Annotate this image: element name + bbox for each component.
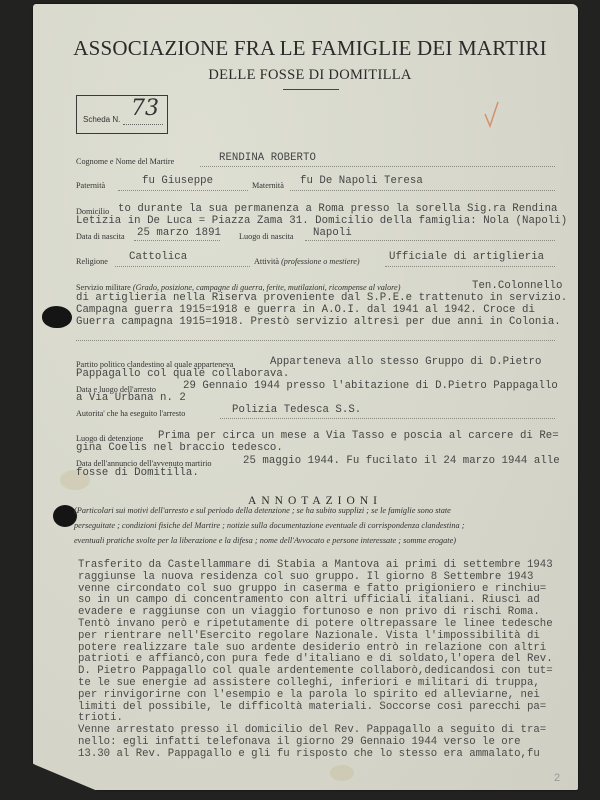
military-service-value-4: Guerra campagna 1915=1918. Prestò serviz… <box>76 316 561 328</box>
page-number: 2 <box>554 772 560 784</box>
detention-value-2: gina Coelis nel braccio tedesco. <box>76 442 283 454</box>
body-line: per rientrare nell'Esercito regolare Naz… <box>78 631 553 643</box>
fill-line <box>305 240 555 241</box>
announcement-value-1: 25 maggio 1944. Fu fucilato il 24 marzo … <box>243 455 560 467</box>
religion-value: Cattolica <box>129 251 187 263</box>
fill-line <box>115 266 250 267</box>
military-service-value-2: di artiglieria nella Riserva proveniente… <box>76 292 567 304</box>
body-line: Tentò invano però e ripetutamente di pot… <box>78 619 553 631</box>
association-subtitle: DELLE FOSSE DI DOMITILLA <box>60 67 560 84</box>
domicile-value-2: Letizia in De Luca = Piazza Zama 31. Dom… <box>76 215 567 227</box>
fill-line <box>290 190 555 191</box>
fill-line <box>76 340 555 341</box>
fill-line <box>220 418 555 419</box>
body-line: raggiunse la nuova residenza col suo gru… <box>78 572 553 584</box>
military-service-label: Servizio militare (Grado, posizione, cam… <box>76 283 400 292</box>
military-service-value-3: Campagna guerra 1915=1918 e guerra in A.… <box>76 304 535 316</box>
maternity-label: Maternità <box>252 181 284 190</box>
fill-line <box>118 190 248 191</box>
punch-hole <box>42 306 72 328</box>
arrest-value-2: a Via Urbana n. 2 <box>76 392 186 404</box>
domicile-value-1: to durante la sua permanenza a Roma pres… <box>118 203 558 215</box>
birth-date-label: Data di nascita <box>76 232 125 241</box>
name-label: Cognome e Nome del Martire <box>76 157 174 166</box>
body-line: nello: egli infatti telefonava il giorno… <box>78 737 553 749</box>
fill-line <box>385 266 555 267</box>
religion-label: Religione <box>76 257 108 266</box>
activity-value: Ufficiale di artiglieria <box>389 251 544 263</box>
body-line: 13.30 al Rev. Pappagallo e gli fu rispos… <box>78 749 553 761</box>
scheda-box: Scheda N. 73 <box>76 95 168 134</box>
arrest-value-1: 29 Gennaio 1944 presso l'abitazione di D… <box>183 380 558 392</box>
fill-line <box>200 166 555 167</box>
body-line: limiti del possibile, le difficoltà mate… <box>78 702 553 714</box>
authority-value: Polizia Tedesca S.S. <box>232 404 361 416</box>
military-service-value-1: Ten.Colonnello <box>472 280 563 292</box>
association-title: ASSOCIAZIONE FRA LE FAMIGLIE DEI MARTIRI <box>60 36 560 61</box>
body-line: per rinvigorirne con l'esempio e la paro… <box>78 690 553 702</box>
paternity-value: fu Giuseppe <box>142 175 213 187</box>
body-line: te le sue energie ad assistere colleghi,… <box>78 678 553 690</box>
scheda-number: 73 <box>131 96 159 121</box>
martyr-name: RENDINA ROBERTO <box>219 152 316 164</box>
annotations-note-2: perseguitate ; condizioni fisiche del Ma… <box>74 521 465 530</box>
annotations-note-3: eventuali pratiche svolte per la liberaz… <box>74 536 456 545</box>
activity-label: Attività (professione o mestiere) <box>254 257 360 266</box>
maternity-value: fu De Napoli Teresa <box>300 175 423 187</box>
birth-place-value: Napoli <box>313 227 352 239</box>
scheda-label: Scheda N. <box>83 115 120 124</box>
stain <box>330 765 354 781</box>
fill-line <box>134 240 220 241</box>
annotations-body: Trasferito da Castellammare di Stabia a … <box>78 560 553 761</box>
scheda-line <box>123 124 163 125</box>
annotations-note-1: (Particolari sui motivi dell'arresto e s… <box>74 506 451 515</box>
authority-label: Autorita' che ha eseguito l'arresto <box>76 409 185 418</box>
birth-date-value: 25 marzo 1891 <box>137 227 221 239</box>
announcement-value-2: fosse di Domitilla. <box>76 467 199 479</box>
title-divider <box>283 89 339 90</box>
paternity-label: Paternità <box>76 181 105 190</box>
detention-value-1: Prima per circa un mese a Via Tasso e po… <box>158 430 559 442</box>
check-mark-icon <box>484 100 500 128</box>
birth-place-label: Luogo di nascita <box>239 232 294 241</box>
party-value-1: Apparteneva allo stesso Gruppo di D.Piet… <box>270 356 541 368</box>
party-value-2: Pappagallo col quale collaborava. <box>76 368 289 380</box>
